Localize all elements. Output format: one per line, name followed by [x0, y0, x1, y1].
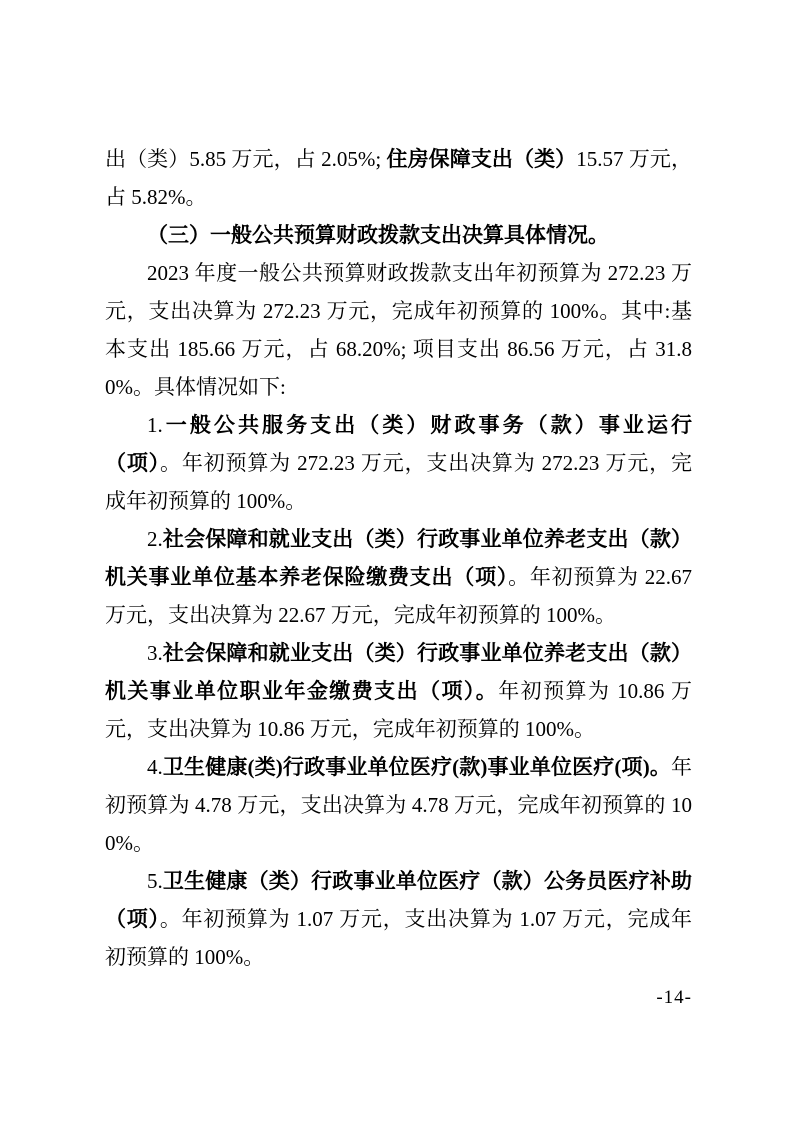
- page-number: -14-: [656, 986, 692, 1010]
- document-page: 出（类）5.85 万元，占 2.05%; 住房保障支出（类）15.57 万元，占…: [0, 0, 793, 1122]
- list-item-5: 5.卫生健康（类）行政事业单位医疗（款）公务员医疗补助（项）。年初预算为 1.0…: [105, 862, 692, 976]
- text-run: 2023 年度一般公共预算财政拨款支出年初预算为 272.23 万元，支出决算为…: [105, 261, 692, 399]
- text-run: 。年初预算为 272.23 万元，支出决算为 272.23 万元，完成年初预算的…: [105, 451, 692, 513]
- paragraph-overview: 2023 年度一般公共预算财政拨款支出年初预算为 272.23 万元，支出决算为…: [105, 254, 692, 406]
- item-number: 2.: [147, 527, 163, 551]
- list-item-2: 2.社会保障和就业支出（类）行政事业单位养老支出（款）机关事业单位基本养老保险缴…: [105, 520, 692, 634]
- text-run-bold: 住房保障支出（类）: [387, 147, 577, 171]
- text-run: 。年初预算为 1.07 万元，支出决算为 1.07 万元，完成年初预算的 100…: [105, 907, 692, 969]
- heading-text: （三）一般公共预算财政拨款支出决算具体情况。: [147, 223, 609, 247]
- document-body: 出（类）5.85 万元，占 2.05%; 住房保障支出（类）15.57 万元，占…: [105, 140, 692, 976]
- list-item-1: 1.一般公共服务支出（类）财政事务（款）事业运行（项）。年初预算为 272.23…: [105, 406, 692, 520]
- text-run: 出（类）5.85 万元，占 2.05%;: [105, 147, 387, 171]
- item-number: 5.: [147, 869, 163, 893]
- item-number: 1.: [147, 413, 163, 437]
- item-title-bold: 卫生健康(类)行政事业单位医疗(款)事业单位医疗(项)。: [163, 755, 671, 779]
- item-number: 4.: [147, 755, 163, 779]
- item-number: 3.: [147, 641, 163, 665]
- paragraph-continuation: 出（类）5.85 万元，占 2.05%; 住房保障支出（类）15.57 万元，占…: [105, 140, 692, 216]
- list-item-4: 4.卫生健康(类)行政事业单位医疗(款)事业单位医疗(项)。年初预算为 4.78…: [105, 748, 692, 862]
- section-heading: （三）一般公共预算财政拨款支出决算具体情况。: [105, 216, 692, 254]
- list-item-3: 3.社会保障和就业支出（类）行政事业单位养老支出（款）机关事业单位职业年金缴费支…: [105, 634, 692, 748]
